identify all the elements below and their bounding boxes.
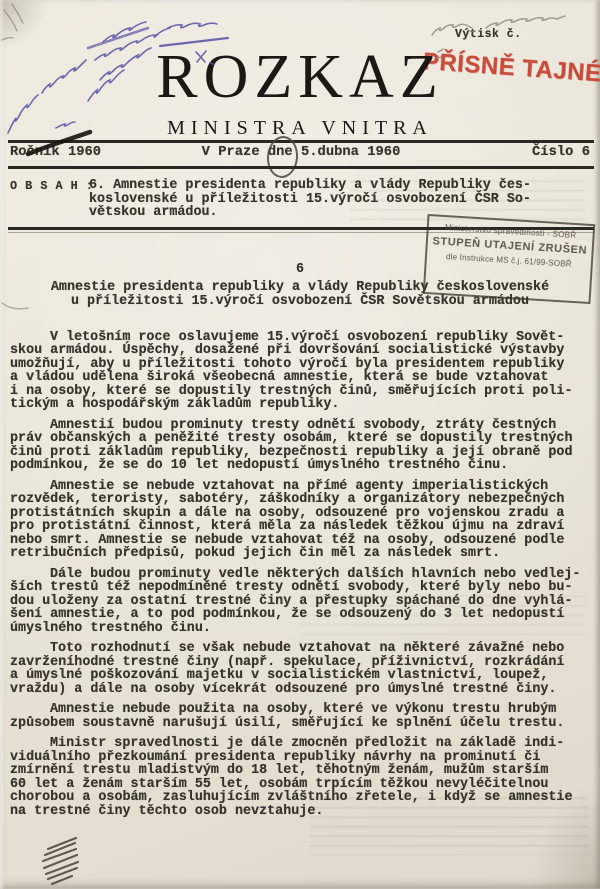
- body-line: a úmyslné poškozování majetku v socialis…: [10, 669, 594, 682]
- body-line: vraždu) a dále na osoby vícekrát odsouze…: [10, 683, 594, 696]
- paragraph: Amnestie se nebude vztahovat na přímé ag…: [10, 480, 594, 561]
- body-line: způsobem soustavně narušují úsilí, směřu…: [10, 717, 594, 730]
- section-number: 6: [0, 262, 600, 277]
- body-line: Toto rozhodnutí se však nebude vztahovat…: [10, 642, 594, 655]
- body-line: tickým a hospodářským základům republiky…: [10, 398, 594, 411]
- body-line: protistátních skupin a dále na osoby, od…: [10, 507, 594, 520]
- body-line: zavrženíhodné trestné činy (např. spekul…: [10, 656, 594, 669]
- body-line: a vládou udělena široká všeobecná amnest…: [10, 371, 594, 384]
- body-line: i na osoby, které se dopustily trestných…: [10, 385, 594, 398]
- copy-number-label: Výtisk č.: [455, 28, 522, 41]
- toc-line: koslovenské u příležitosti 15.výročí osv…: [89, 193, 531, 207]
- body-line: Amnestií budou prominuty tresty odnětí s…: [10, 419, 594, 432]
- paragraph: Dále budou prominuty vedle některých dal…: [10, 568, 594, 635]
- document-subtitle: MINISTRA VNITRA: [0, 117, 600, 140]
- body-line: chorobou a osobám, zasluhujícím zvláštní…: [10, 791, 594, 804]
- body-line: Dále budou prominuty vedle některých dal…: [10, 568, 594, 581]
- body-line: šení amnestie, a to pod podmínkou, že se…: [10, 608, 594, 621]
- body-line: umožňují, aby u příležitosti tohoto výro…: [10, 358, 594, 371]
- body-line: 60 let a ženám starším 55 let, osobám tr…: [10, 778, 594, 791]
- body-text: V letošním roce oslavujeme 15.výročí osv…: [10, 331, 594, 825]
- pencil-hatch-marks: [43, 838, 78, 884]
- scanned-document-page: Výtisk č. PŘÍSNĚ TAJNÉ ROZKAZ MINISTRA V…: [0, 0, 600, 889]
- body-line: skou armádou. Úspěchy, dosažené při dovr…: [10, 344, 594, 357]
- body-line: na trestné činy těchto osob nevztahuje.: [10, 805, 594, 818]
- body-line: retribučních předpisů, pokud jejich čin …: [10, 547, 594, 560]
- divider-rule: [8, 166, 594, 169]
- paragraph: V letošním roce oslavujeme 15.výročí osv…: [10, 331, 594, 412]
- body-line: Amnestie se nebude vztahovat na přímé ag…: [10, 480, 594, 493]
- body-line: práv občanských a peněžité tresty osobám…: [10, 432, 594, 445]
- section-heading: Amnestie presidenta republiky a vlády Re…: [0, 281, 600, 309]
- toc-line: 6. Amnestie presidenta republiky a vlády…: [89, 179, 531, 193]
- body-line: podmínkou, že se do 10 let nedopustí úmy…: [10, 459, 594, 472]
- body-line: pro protistátní činnost, která měla za n…: [10, 520, 594, 533]
- body-line: Ministr spravedlnosti je dále zmocněn př…: [10, 737, 594, 750]
- body-line: ších trestů též nepodmíněné tresty odnět…: [10, 581, 594, 594]
- body-line: úmyslného trestného činu.: [10, 622, 594, 635]
- toc-label: O B S A H :: [10, 179, 93, 193]
- document-title: ROZKAZ: [0, 46, 600, 108]
- body-line: rozvědek, teroristy, sabotéry, záškodník…: [10, 493, 594, 506]
- paragraph: Toto rozhodnutí se však nebude vztahovat…: [10, 642, 594, 696]
- place-date-label: V Praze dne 5.dubna 1960: [8, 145, 594, 160]
- paragraph: Amnestií budou prominuty tresty odnětí s…: [10, 419, 594, 473]
- issue-label: Číslo 6: [532, 145, 590, 160]
- divider-rule: [8, 140, 594, 143]
- body-line: viduálního přezkoumání presidenta republ…: [10, 751, 594, 764]
- pencil-corner-marks: [2, 4, 23, 40]
- paragraph: Amnestie nebude použita na osoby, které …: [10, 703, 594, 730]
- body-line: zmírnění trestu mladistvým do 18 let, tě…: [10, 764, 594, 777]
- body-line: nebo smrt. Amnestie se nebude vztahovat …: [10, 534, 594, 547]
- section-heading-line: u příležitosti 15.výročí osvobození ČSR …: [0, 295, 600, 309]
- body-line: činů proti základům republiky, bezpečnos…: [10, 446, 594, 459]
- body-line: Amnestie nebude použita na osoby, které …: [10, 703, 594, 716]
- toc-text: 6. Amnestie presidenta republiky a vlády…: [89, 179, 531, 220]
- paragraph: Ministr spravedlnosti je dále zmocněn př…: [10, 737, 594, 818]
- body-line: dou uloženy za ostatní trestné činy a př…: [10, 595, 594, 608]
- section-heading-line: Amnestie presidenta republiky a vlády Re…: [0, 281, 600, 295]
